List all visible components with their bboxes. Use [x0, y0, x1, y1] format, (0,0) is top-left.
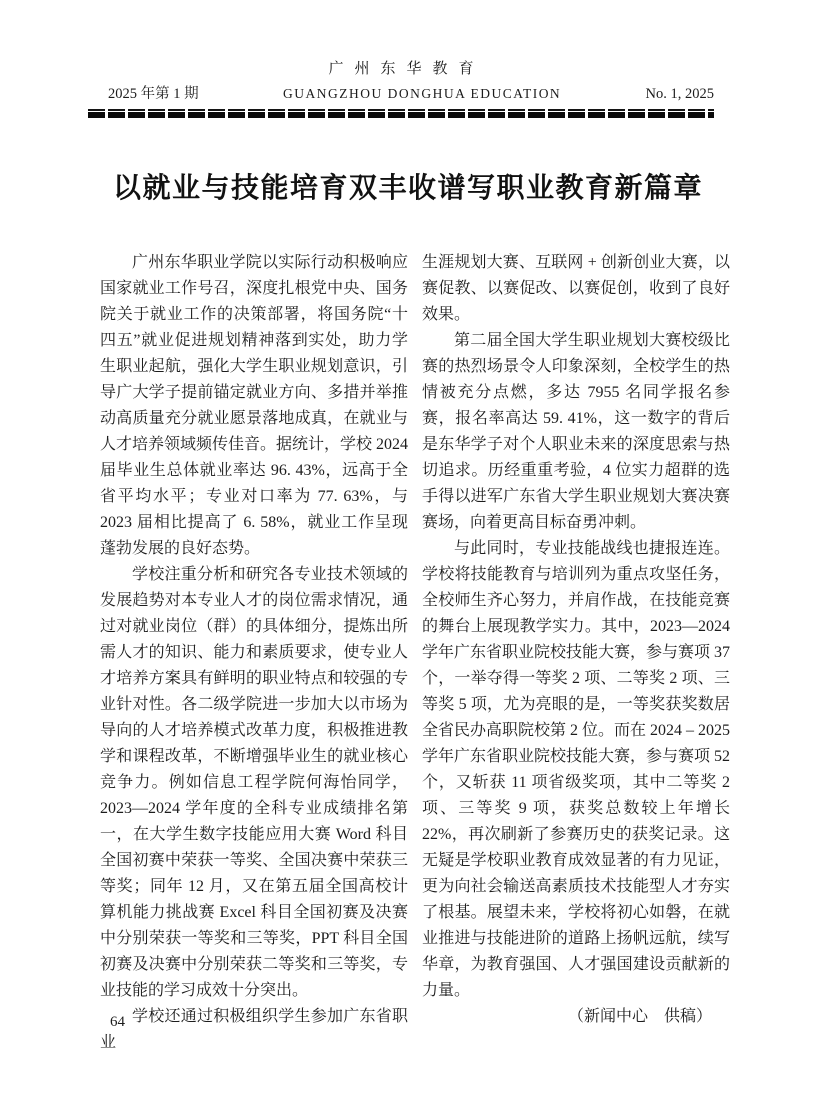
paragraph-3-start: 学校还通过积极组织学生参加广东省职业 — [100, 1004, 408, 1056]
paragraph-1: 广州东华职业学院以实际行动积极响应国家就业工作号召，深度扎根党中央、国务院关于就… — [100, 250, 408, 562]
journal-page: 广州东华教育 2025 年第 1 期 GUANGZHOU DONGHUA EDU… — [0, 0, 816, 1119]
journal-name-chinese: 广州东华教育 — [88, 57, 714, 78]
right-column: 生涯规划大赛、互联网 + 创新创业大赛，以赛促教、以赛促改、以赛促创，收到了良好… — [422, 250, 730, 1056]
journal-name-english: GUANGZHOU DONGHUA EDUCATION — [283, 86, 561, 102]
paragraph-3-continued: 生涯规划大赛、互联网 + 创新创业大赛，以赛促教、以赛促改、以赛促创，收到了良好… — [422, 250, 730, 328]
left-column: 广州东华职业学院以实际行动积极响应国家就业工作号召，深度扎根党中央、国务院关于就… — [100, 250, 408, 1056]
paragraph-4: 第二届全国大学生职业规划大赛校级比赛的热烈场景令人印象深刻，全校学生的热情被充分… — [422, 328, 730, 536]
article-body: 广州东华职业学院以实际行动积极响应国家就业工作号召，深度扎根党中央、国务院关于就… — [100, 250, 730, 1056]
divider-thin-line — [88, 109, 714, 111]
byline: （新闻中心 供稿） — [422, 1004, 730, 1030]
issue-info-row: 2025 年第 1 期 GUANGZHOU DONGHUA EDUCATION … — [88, 82, 714, 103]
article-title: 以就业与技能培育双丰收谱写职业教育新篇章 — [0, 166, 816, 206]
page-header: 广州东华教育 2025 年第 1 期 GUANGZHOU DONGHUA EDU… — [88, 57, 714, 118]
paragraph-2: 学校注重分析和研究各专业技术领域的发展趋势对本专业人才的岗位需求情况，通过对就业… — [100, 562, 408, 1004]
issue-info-left: 2025 年第 1 期 — [108, 82, 199, 103]
page-number: 64 — [110, 1014, 125, 1031]
header-divider — [88, 109, 714, 118]
divider-thick-line — [88, 112, 714, 118]
paragraph-5: 与此同时，专业技能战线也捷报连连。学校将技能教育与培训列为重点攻坚任务，全校师生… — [422, 536, 730, 1004]
issue-info-right: No. 1, 2025 — [646, 86, 714, 103]
